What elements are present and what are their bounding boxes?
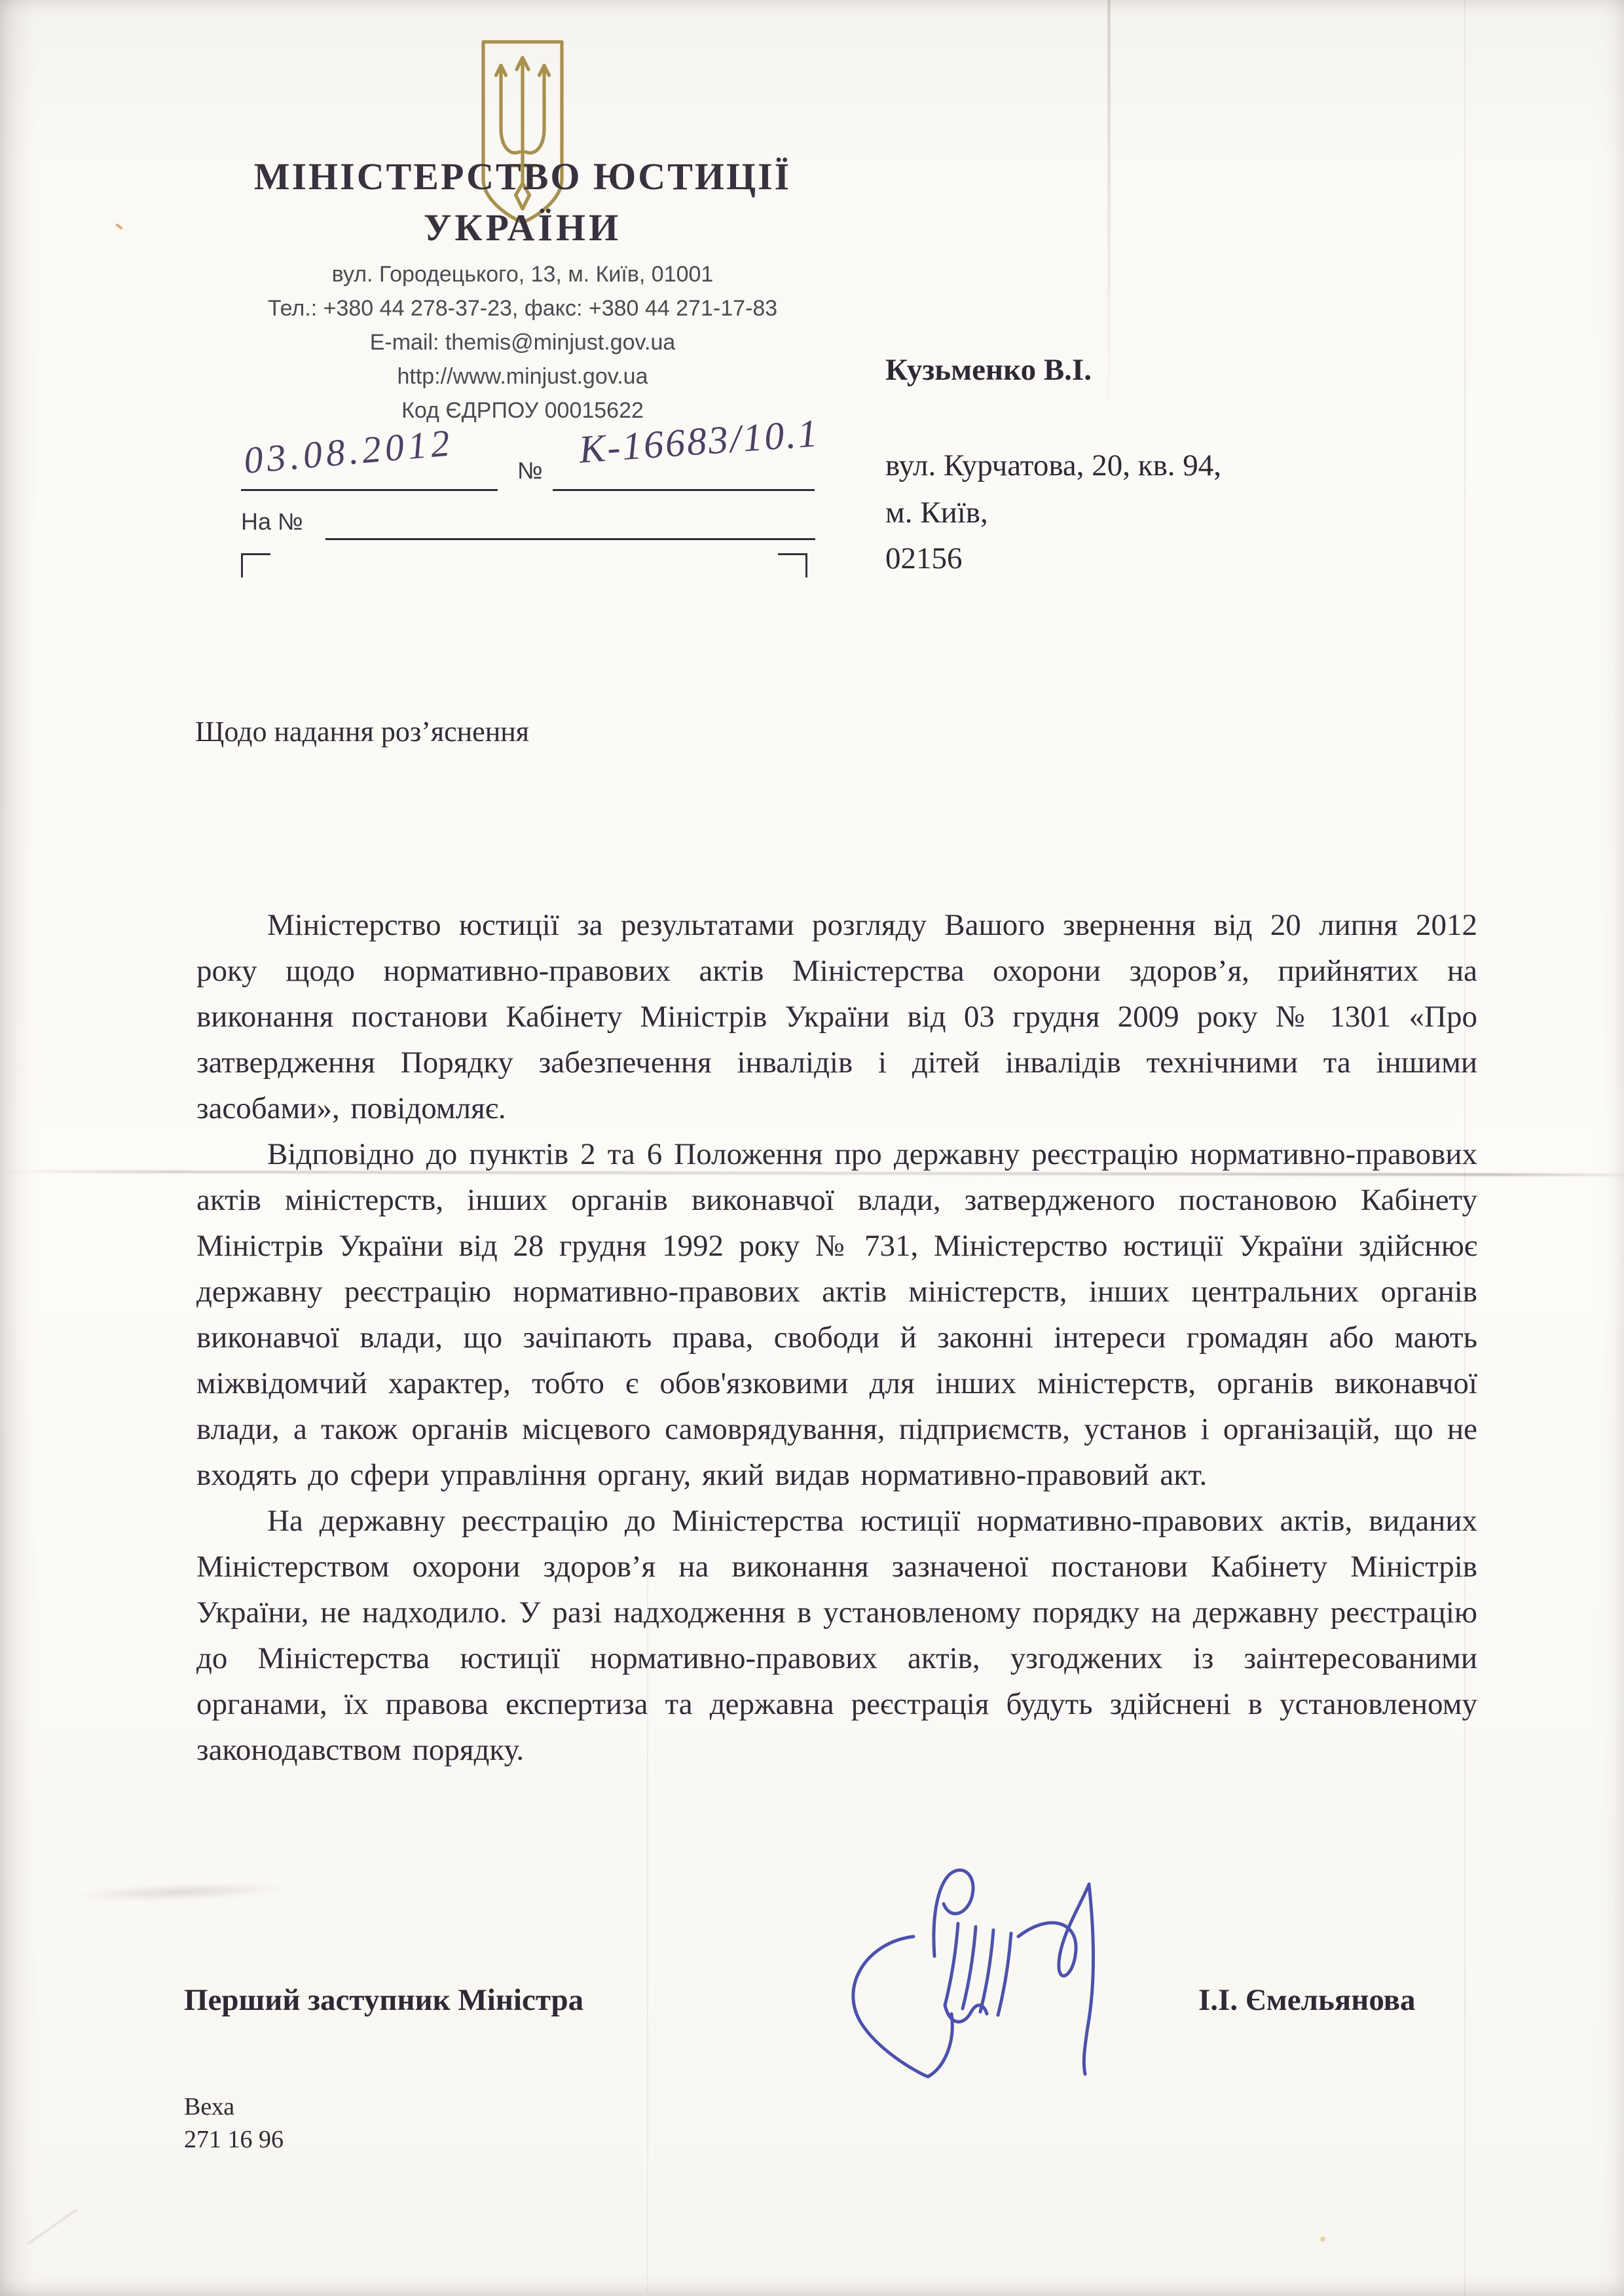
body-paragraph-2: Відповідно до пунктів 2 та 6 Положення п… [196, 1131, 1477, 1498]
ministry-name-line2: УКРАЇНИ [97, 206, 948, 249]
paper-speck [1320, 2236, 1325, 2242]
date-underline [241, 489, 498, 491]
ukraine-trident-emblem-icon [473, 34, 572, 230]
letterhead-address: вул. Городецького, 13, м. Київ, 01001 [97, 262, 948, 287]
letterhead-phone-fax: Тел.: +380 44 278-37-23, факс: +380 44 2… [97, 296, 948, 321]
executor-name: Веха [184, 2092, 234, 2121]
letter-body: Міністерство юстиції за результатами роз… [196, 902, 1477, 1773]
recipient-name: Кузьменко В.І. [885, 352, 1092, 388]
subject-line: Щодо надання роз’яснення [195, 715, 529, 748]
reply-to-number-underline [325, 538, 815, 540]
recipient-street: вул. Курчатова, 20, кв. 94, [885, 448, 1221, 483]
number-label: № [517, 457, 543, 484]
letterhead-email: E-mail: themis@minjust.gov.ua [97, 330, 948, 355]
body-paragraph-3: На державну реєстрацію до Міністерства ю… [196, 1498, 1477, 1773]
letter-page: МІНІСТЕРСТВО ЮСТИЦІЇ УКРАЇНИ вул. Городе… [0, 0, 1624, 2296]
body-paragraph-1: Міністерство юстиції за результатами роз… [196, 902, 1477, 1131]
signer-name: І.І. Ємельянова [1198, 1982, 1416, 2018]
address-corner-mark-left [241, 553, 270, 577]
letterhead-edrpou-code: Код ЄДРПОУ 00015622 [97, 398, 948, 424]
recipient-city: м. Київ, [885, 495, 988, 530]
signer-position: Перший заступник Міністра [184, 1982, 583, 2018]
handwritten-signature [815, 1858, 1182, 2084]
reply-to-number-label: На № [241, 508, 303, 536]
letterhead-website: http://www.minjust.gov.ua [97, 364, 948, 390]
ministry-name-line1: МІНІСТЕРСТВО ЮСТИЦІЇ [97, 155, 948, 198]
number-underline [553, 489, 815, 491]
paper-crease-vertical [1108, 0, 1110, 419]
recipient-postal-code: 02156 [885, 541, 963, 576]
handwritten-date: 03.08.2012 [242, 420, 456, 483]
corner-fold-mark [28, 2209, 78, 2244]
address-corner-mark-right [778, 553, 807, 577]
executor-phone: 271 16 96 [184, 2125, 284, 2154]
paper-smudge [73, 1880, 290, 1904]
